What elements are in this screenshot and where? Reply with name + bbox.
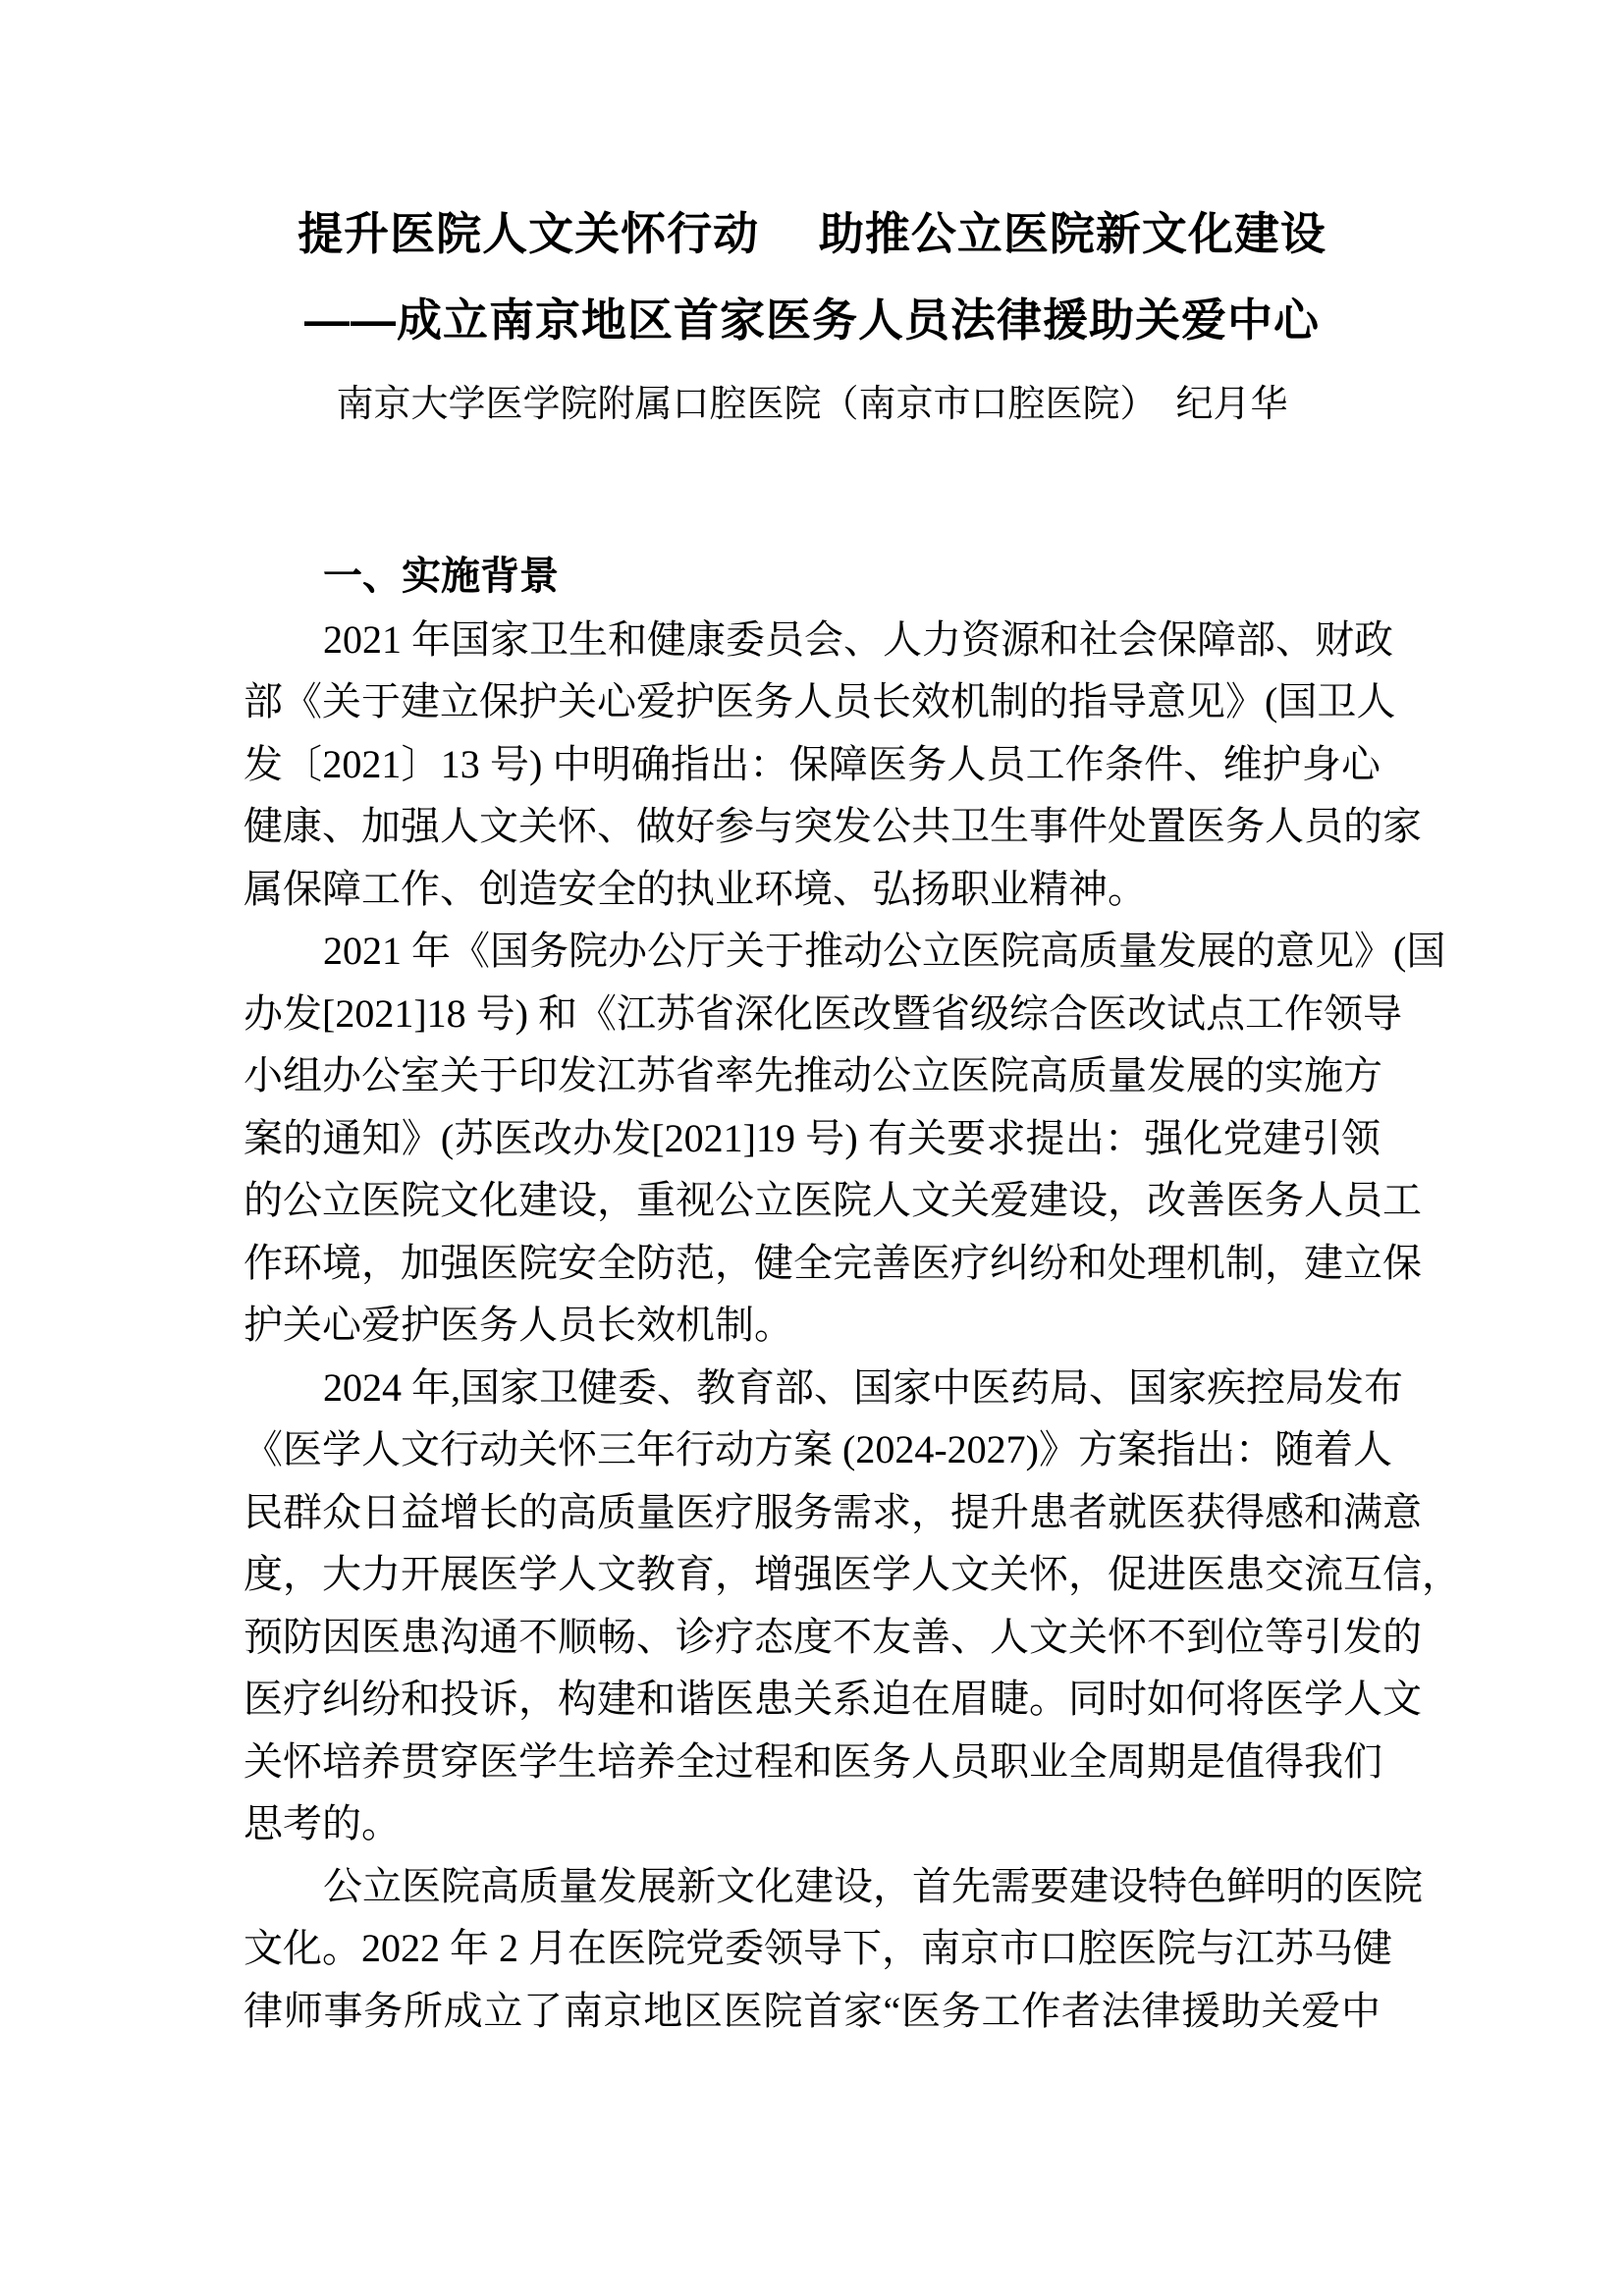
section-heading: 一、实施背景: [244, 546, 1380, 609]
body-line: 小组办公室关于印发江苏省率先推动公立医院高质量发展的实施方: [244, 1044, 1380, 1107]
body-line: 办发[2021]18 号) 和《江苏省深化医改暨省级综合医改试点工作领导: [244, 983, 1380, 1045]
body-line: 律师事务所成立了南京地区医院首家“医务工作者法律援助关爱中: [244, 1980, 1380, 2043]
body-line: 医疗纠纷和投诉，构建和谐医患关系迫在眉睫。同时如何将医学人文: [244, 1668, 1380, 1731]
body-line: 2021 年《国务院办公厅关于推动公立医院高质量发展的意见》(国: [244, 920, 1380, 983]
body-line: 的公立医院文化建设，重视公立医院人文关爱建设，改善医务人员工: [244, 1169, 1380, 1232]
body-line: 2021 年国家卫生和健康委员会、人力资源和社会保障部、财政: [244, 609, 1380, 671]
body-line: 思考的。: [244, 1792, 1380, 1855]
body-line: 2024 年,国家卫健委、教育部、国家中医药局、国家疾控局发布: [244, 1357, 1380, 1419]
body-line: 健康、加强人文关怀、做好参与突发公共卫生事件处置医务人员的家: [244, 795, 1380, 858]
document-title-line-1: 提升医院人文关怀行动 助推公立医院新文化建设: [0, 190, 1624, 277]
body-line: 发〔2021〕13 号) 中明确指出：保障医务人员工作条件、维护身心: [244, 733, 1380, 796]
body-line: 度，大力开展医学人文教育，增强医学人文关怀，促进医患交流互信，: [244, 1543, 1380, 1606]
body-line: 作环境，加强医院安全防范，健全完善医疗纠纷和处理机制，建立保: [244, 1232, 1380, 1295]
byline: 南京大学医学院附属口腔医院（南京市口腔医院） 纪月华: [0, 377, 1624, 432]
body-line: 护关心爱护医务人员长效机制。: [244, 1294, 1380, 1357]
body-line: 文化。2022 年 2 月在医院党委领导下，南京市口腔医院与江苏马健: [244, 1917, 1380, 1980]
body-line: 关怀培养贯穿医学生培养全过程和医务人员职业全周期是值得我们: [244, 1731, 1380, 1793]
body-line: 《医学人文行动关怀三年行动方案 (2024-2027)》方案指出：随着人: [244, 1418, 1380, 1481]
document-title-line-2: ——成立南京地区首家医务人员法律援助关爱中心: [0, 277, 1624, 363]
body-line: 属保障工作、创造安全的执业环境、弘扬职业精神。: [244, 858, 1380, 921]
document-title: 提升医院人文关怀行动 助推公立医院新文化建设 ——成立南京地区首家医务人员法律援…: [0, 190, 1624, 363]
document-body: 一、实施背景2021 年国家卫生和健康委员会、人力资源和社会保障部、财政部《关于…: [244, 546, 1380, 2042]
body-line: 预防因医患沟通不顺畅、诊疗态度不友善、人文关怀不到位等引发的: [244, 1606, 1380, 1669]
body-line: 部《关于建立保护关心爱护医务人员长效机制的指导意见》(国卫人: [244, 670, 1380, 733]
body-line: 公立医院高质量发展新文化建设，首先需要建设特色鲜明的医院: [244, 1855, 1380, 1918]
body-line: 案的通知》(苏医改办发[2021]19 号) 有关要求提出：强化党建引领: [244, 1107, 1380, 1170]
body-line: 民群众日益增长的高质量医疗服务需求，提升患者就医获得感和满意: [244, 1481, 1380, 1544]
document-page: 提升医院人文关怀行动 助推公立医院新文化建设 ——成立南京地区首家医务人员法律援…: [0, 0, 1624, 2296]
